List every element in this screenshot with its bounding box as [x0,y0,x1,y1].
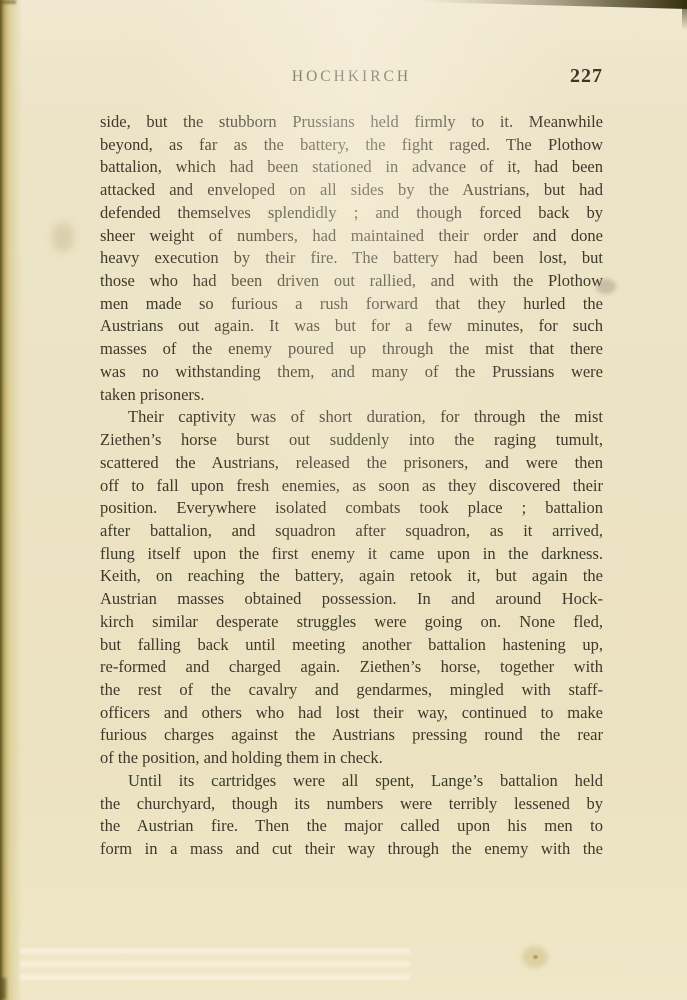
text-line: battalion, which had been stationed in a… [100,156,603,179]
text-line: attacked and enveloped on all sides by t… [100,179,603,202]
page-number: 227 [570,65,603,88]
text-line: masses of the enemy poured up through th… [100,338,603,361]
page-text: side, but the stubborn Prussians held fi… [100,111,603,861]
text-line: men made so furious a rush forward that … [100,293,603,316]
smudge [52,222,74,252]
smudge [522,946,548,968]
text-line: of the position, and holding them in che… [100,747,603,770]
running-title: HOCHKIRCH [100,68,603,86]
text-line: furious charges against the Austrians pr… [100,724,603,747]
text-line: officers and others who had lost their w… [100,702,603,725]
page-edge-left [0,0,22,1000]
text-line: heavy execution by their fire. The batte… [100,247,603,270]
smudge [533,955,538,959]
text-line: position. Everywhere isolated combats to… [100,497,603,520]
text-line: the Austrian fire. Then the major called… [100,815,603,838]
text-line: kirch similar desperate struggles were g… [100,611,603,634]
text-line: sheer weight of numbers, had maintained … [100,225,603,248]
text-line: the rest of the cavalry and gendarmes, m… [100,679,603,702]
running-header: HOCHKIRCH 227 [100,65,603,89]
text-line: Austrian masses obtained possession. In … [100,588,603,611]
text-line: but falling back until meeting another b… [100,634,603,657]
text-line: was no withstanding them, and many of th… [100,361,603,384]
scan-artifact-band [20,948,410,986]
text-line: beyond, as far as the battery, the fight… [100,134,603,157]
text-line: form in a mass and cut their way through… [100,838,603,861]
page-edge-right-top [682,0,687,30]
text-line: Until its cartridges were all spent, Lan… [100,770,603,793]
text-line: Ziethen’s horse burst out suddenly into … [100,429,603,452]
text-line: defended themselves splendidly ; and tho… [100,202,603,225]
text-line: the churchyard, though its numbers were … [100,793,603,816]
page-edge-top-right [419,0,687,9]
text-line: re-formed and charged again. Ziethen’s h… [100,656,603,679]
text-line: flung itself upon the first enemy it cam… [100,543,603,566]
text-line: scattered the Austrians, released the pr… [100,452,603,475]
text-line: Their captivity was of short duration, f… [100,406,603,429]
text-line: Austrians out again. It was but for a fe… [100,315,603,338]
text-line: taken prisoners. [100,384,603,407]
page-edge-top-left [0,0,16,4]
text-line: Keith, on reaching the battery, again re… [100,565,603,588]
page-edge-bottom-left [0,978,6,1000]
book-page: HOCHKIRCH 227 side, but the stubborn Pru… [0,0,687,1000]
text-line: after battalion, and squadron after squa… [100,520,603,543]
text-line: off to fall upon fresh enemies, as soon … [100,475,603,498]
text-line: those who had been driven out rallied, a… [100,270,603,293]
text-line: side, but the stubborn Prussians held fi… [100,111,603,134]
